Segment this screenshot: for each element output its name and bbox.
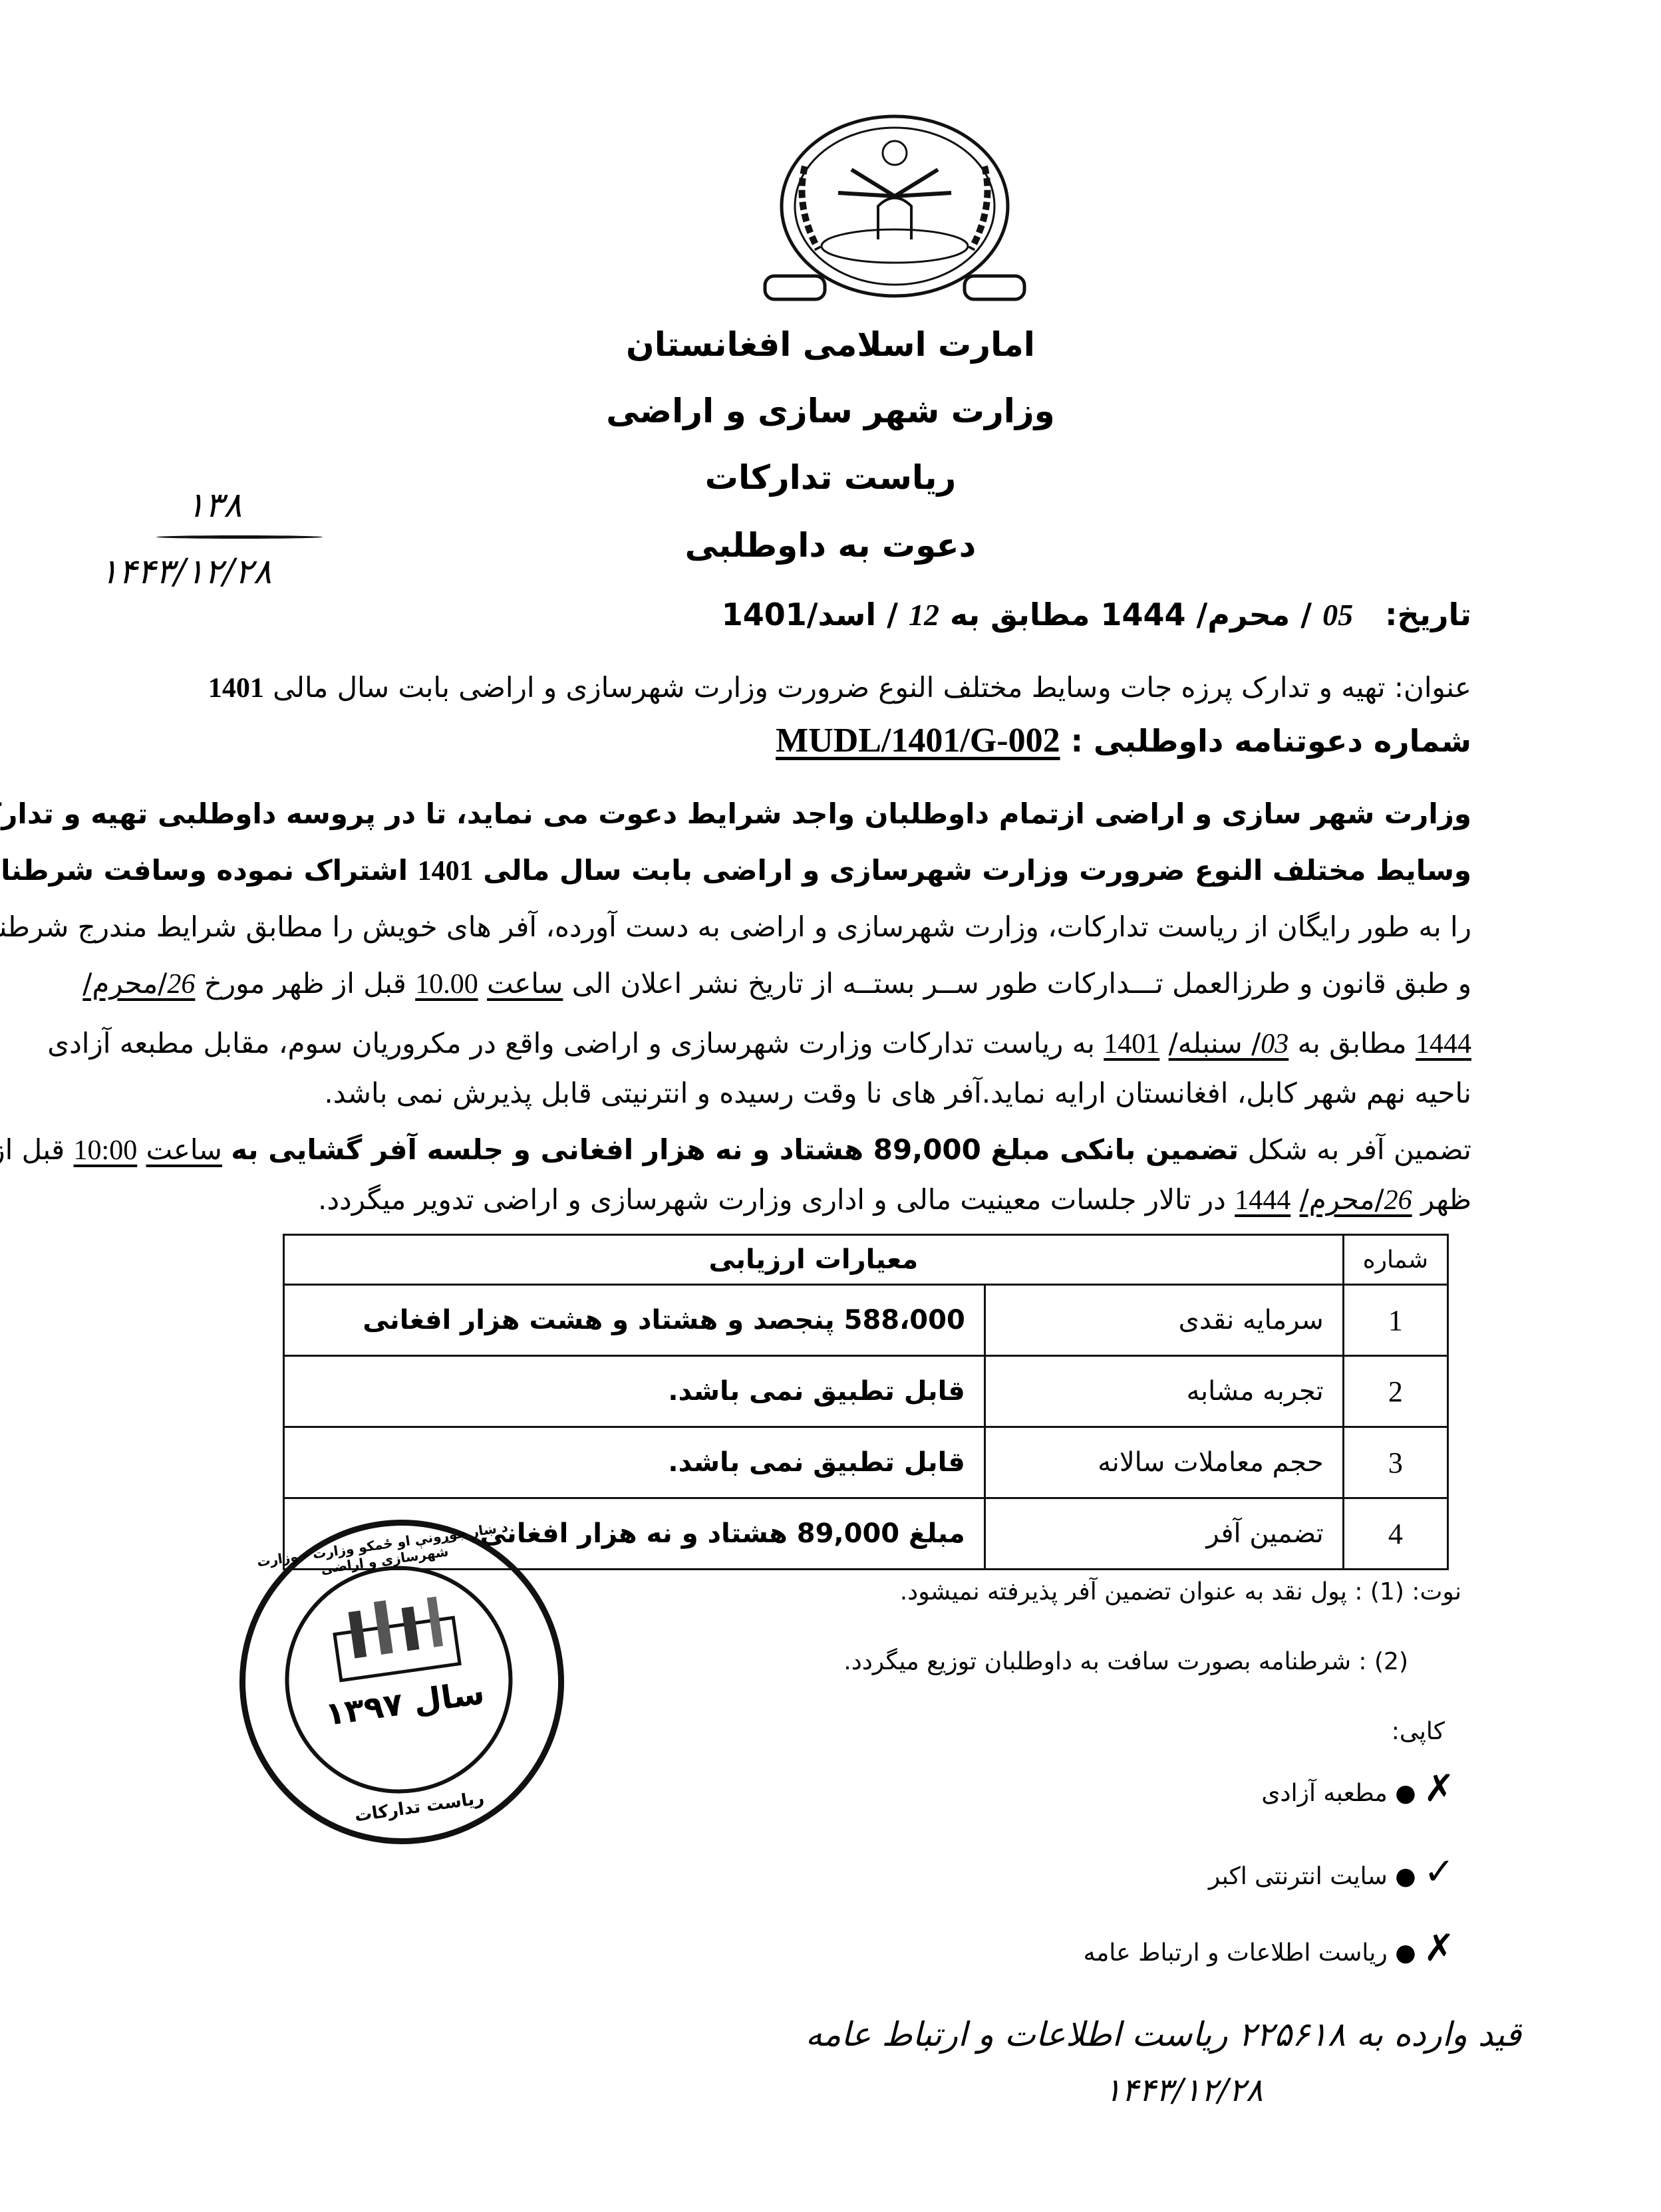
- note-text: (1) : پول نقد به عنوان تضمین آفر پذیرفته…: [900, 1578, 1404, 1605]
- copy-label: کاپی:: [1392, 1713, 1445, 1751]
- criteria-value: قابل تطبیق نمی باشد.: [284, 1427, 985, 1498]
- copy-item-text: ریاست اطلاعات و ارتباط عامه: [1084, 1939, 1388, 1967]
- deadline-time: 10.00: [415, 969, 478, 1000]
- body-text: وزارت شهر سازی و اراضی ازتمام داوطلبان و…: [158, 797, 1471, 830]
- criteria-value: 588،000 پنجصد و هشتاد و هشت هزار افغانی: [284, 1285, 985, 1356]
- table-row: 1 سرمایه نقدی 588،000 پنجصد و هشتاد و هش…: [284, 1285, 1448, 1356]
- row-number: 4: [1343, 1498, 1447, 1570]
- tender-number-line: شماره دعوتنامه داوطلبی : MUDL/1401/G-002: [776, 722, 1471, 760]
- deadline-year: 1444: [1416, 1029, 1471, 1059]
- row-number: 3: [1343, 1427, 1447, 1498]
- date-solar-day: 12: [909, 598, 939, 632]
- deadline-day: 26: [167, 969, 195, 1000]
- criteria-label: سرمایه نقدی: [984, 1285, 1343, 1356]
- cross-mark-icon: ✗: [1424, 1767, 1455, 1810]
- criteria-value: قابل تطبیق نمی باشد.: [284, 1356, 985, 1427]
- body-text: ظهر: [1421, 1183, 1471, 1216]
- handwritten-registration: قید وارده به ۲۲۵۶۱۸ ریاست اطلاعات و ارتب…: [806, 2015, 1521, 2054]
- emirate-emblem-icon: [758, 106, 1031, 306]
- body-text: و طبق قانون و طرزالعمل تـــدارکات طور سـ…: [572, 967, 1471, 1000]
- table-row: 2 تجربه مشابه قابل تطبیق نمی باشد.: [284, 1356, 1448, 1427]
- deadline-solar-day: 03: [1261, 1029, 1288, 1059]
- body-text-emphasis: تهیه و تدارک پرزه جات: [0, 797, 148, 830]
- note-1: نوت: (1) : پول نقد به عنوان تضمین آفر پذ…: [900, 1573, 1461, 1611]
- handwritten-registration-date: ۱۴۴۳/۱۲/۲۸: [1104, 2072, 1263, 2109]
- row-number: 1: [1343, 1285, 1447, 1356]
- body-line-3: را به طور رایگان از ریاست تدارکات، وزارت…: [0, 908, 1471, 946]
- copy-item: ✗ ● مطعبه آزادی: [1261, 1772, 1455, 1810]
- body-line-2: وسایط مختلف النوع ضرورت وزارت شهرسازی و …: [0, 851, 1471, 891]
- criteria-label: تجربه مشابه: [984, 1356, 1343, 1427]
- criteria-label: تضمین آفر: [984, 1498, 1343, 1570]
- deadline-solar-year: 1401: [1104, 1029, 1159, 1059]
- copy-item-text: مطعبه آزادی: [1261, 1780, 1387, 1807]
- body-text: در تالار جلسات معینیت مالی و اداری وزارت…: [318, 1183, 1226, 1216]
- body-year: 1401: [418, 856, 474, 887]
- copy-item: ✗ ● ریاست اطلاعات و ارتباط عامه: [1084, 1932, 1455, 1970]
- row-number: 2: [1343, 1356, 1447, 1427]
- note-2: (2) : شرطنامه بصورت سافت به داوطلبان توز…: [843, 1643, 1408, 1681]
- body-line-6: ناحیه نهم شهر کابل، افغانستان ارایه نمای…: [324, 1074, 1471, 1113]
- body-text: تضمین آفر به شکل: [1248, 1133, 1471, 1166]
- body-text: به ریاست تدارکات وزارت شهرسازی و اراضی و…: [47, 1027, 1095, 1059]
- copy-item-text: سایت انترنتی اکبر: [1209, 1863, 1388, 1890]
- body-text: اشتراک نموده وسافت شرطنامه مربوط: [0, 854, 408, 887]
- subject-year: 1401: [208, 673, 264, 704]
- cross-mark-icon: ✗: [1424, 1927, 1455, 1970]
- body-line-4: و طبق قانون و طرزالعمل تـــدارکات طور سـ…: [82, 964, 1471, 1004]
- body-line-7: تضمین آفر به شکل تضمین بانکی مبلغ 89,000…: [0, 1131, 1471, 1170]
- tender-number-value: MUDL/1401/G-002: [776, 722, 1060, 760]
- check-mark-icon: ✓: [1424, 1850, 1455, 1893]
- deadline-solar-month: / سنبله/: [1169, 1027, 1261, 1059]
- notes-label: نوت:: [1412, 1578, 1461, 1605]
- copy-item: ✓ ● سایت انترنتی اکبر: [1209, 1856, 1455, 1893]
- opening-day: 26: [1384, 1185, 1412, 1216]
- body-line-5: 1444 مطابق به 03/ سنبله/ 1401 به ریاست ت…: [47, 1024, 1471, 1063]
- col-header-number: شماره: [1343, 1235, 1447, 1285]
- opening-time: 10:00: [74, 1135, 138, 1166]
- opening-month: /محرم/: [1300, 1183, 1384, 1216]
- body-text: مطابق به: [1298, 1027, 1407, 1059]
- date-label: تاریخ:: [1385, 597, 1471, 632]
- body-text: قبل از ظهر مورخ: [204, 967, 406, 1000]
- table-header-row: شماره معیارات ارزیابی: [284, 1235, 1448, 1285]
- handwritten-underline: [156, 535, 323, 539]
- deadline-time-label: ساعت: [487, 967, 563, 1000]
- subject-label: عنوان:: [1394, 671, 1471, 704]
- subject-line: عنوان: تهیه و تدارک پرزه جات وسایط مختلف…: [208, 668, 1471, 708]
- emirate-title: امارت اسلامی افغانستان: [0, 325, 1661, 364]
- col-header-criteria: معیارات ارزیابی: [284, 1235, 1344, 1285]
- subject-text: تهیه و تدارک پرزه جات وسایط مختلف النوع …: [273, 671, 1385, 704]
- handwritten-ref-date: ۱۴۴۳/۱۲/۲۸: [100, 552, 271, 592]
- date-day: 05: [1322, 598, 1353, 632]
- criteria-label: حجم معاملات سالانه: [984, 1427, 1343, 1498]
- table-row: 3 حجم معاملات سالانه قابل تطبیق نمی باشد…: [284, 1427, 1448, 1498]
- date-hijri: / محرم/ 1444 مطابق به: [950, 597, 1312, 632]
- date-line: تاریخ: 05 / محرم/ 1444 مطابق به 12 / اسد…: [722, 595, 1471, 634]
- body-line-8: ظهر 26/محرم/ 1444 در تالار جلسات معینیت …: [318, 1180, 1471, 1220]
- bid-guarantee-text: تضمین بانکی مبلغ 89,000 هشتاد و نه هزار …: [231, 1133, 1239, 1166]
- opening-year: 1444: [1235, 1185, 1290, 1216]
- ministry-title: وزارت شهر سازی و اراضی: [0, 391, 1661, 431]
- handwritten-ref-number: ۱۳۸: [186, 485, 242, 525]
- department-title: ریاست تدارکات: [0, 458, 1661, 497]
- body-text: قبل از: [0, 1133, 65, 1166]
- evaluation-criteria-table: شماره معیارات ارزیابی 1 سرمایه نقدی 588،…: [283, 1234, 1449, 1570]
- tender-number-label: شماره دعوتنامه داوطلبی :: [1071, 723, 1471, 759]
- body-line-1: وزارت شهر سازی و اراضی ازتمام داوطلبان و…: [0, 795, 1471, 833]
- deadline-month: /محرم/: [82, 967, 167, 1000]
- date-solar-rest: / اسد/1401: [722, 597, 898, 632]
- body-text: وسایط مختلف النوع ضرورت وزارت شهرسازی و …: [483, 854, 1471, 887]
- opening-time-label: ساعت: [146, 1133, 222, 1166]
